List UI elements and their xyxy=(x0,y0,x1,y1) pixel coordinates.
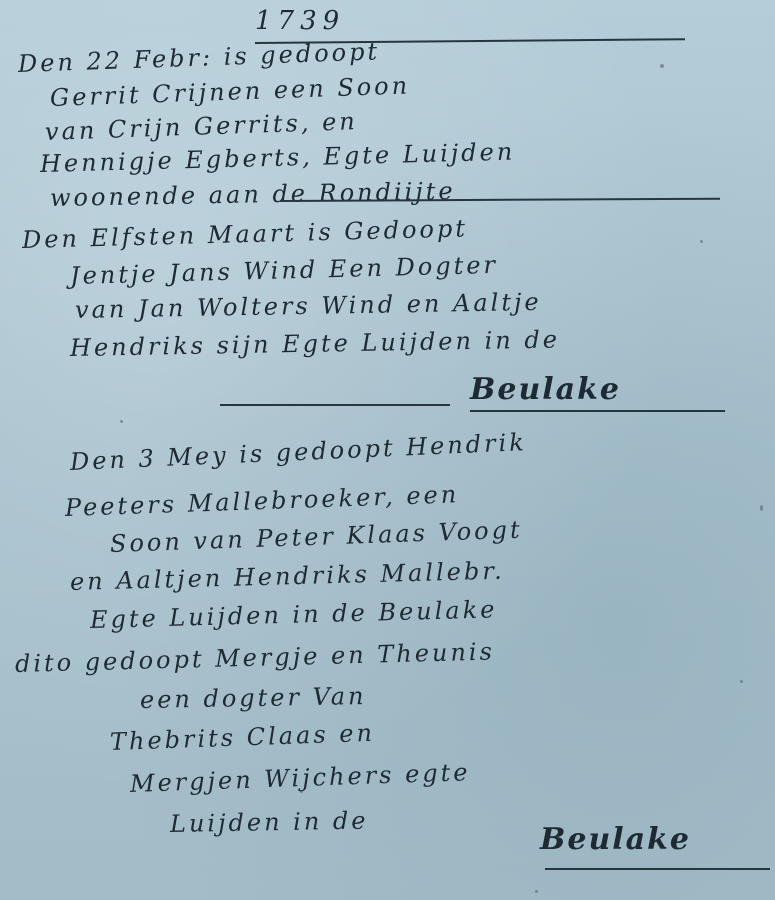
entry-4-line-2: een dogter Van xyxy=(140,682,367,714)
entry-3-line-2: Peeters Mallebroeker, een xyxy=(65,480,460,522)
entry-2-line-4: Hendriks sijn Egte Luijden in de xyxy=(70,325,560,362)
entry-1-line-2: Gerrit Crijnen een Soon xyxy=(50,71,411,112)
place-underline xyxy=(545,868,770,870)
year-heading: 1739 xyxy=(255,6,345,36)
entry-1-line-3: van Crijn Gerrits, en xyxy=(45,107,359,146)
entry-1-line-1: Den 22 Febr: is gedoopt xyxy=(18,37,381,78)
entry-4-line-3: Thebrits Claas en xyxy=(110,719,376,756)
entry-4-place: Beulake xyxy=(540,822,691,857)
entry-1-line-5: woonende aan de Rondiijte xyxy=(50,177,456,212)
entry-4-line-5: Luijden in de xyxy=(170,807,369,838)
entry-2-line-1: Den Elfsten Maart is Gedoopt xyxy=(22,214,469,254)
register-page: 1739 Den 22 Febr: is gedoopt Gerrit Crij… xyxy=(0,0,775,900)
divider xyxy=(220,404,450,406)
entry-2-line-3: van Jan Wolters Wind en Aaltje xyxy=(75,288,542,324)
entry-2-place: Beulake xyxy=(470,372,621,407)
entry-3-line-1: Den 3 Mey is gedoopt Hendrik xyxy=(69,428,527,476)
entry-3-line-3: Soon van Peter Klaas Voogt xyxy=(110,516,524,558)
place-underline xyxy=(470,410,725,412)
entry-4-line-1: dito gedoopt Mergje en Theunis xyxy=(15,637,496,678)
entry-3-line-4: en Aaltjen Hendriks Mallebr. xyxy=(70,557,505,596)
entry-3-line-5: Egte Luijden in de Beulake xyxy=(90,595,498,634)
entry-2-line-2: Jentje Jans Wind Een Dogter xyxy=(70,251,499,290)
